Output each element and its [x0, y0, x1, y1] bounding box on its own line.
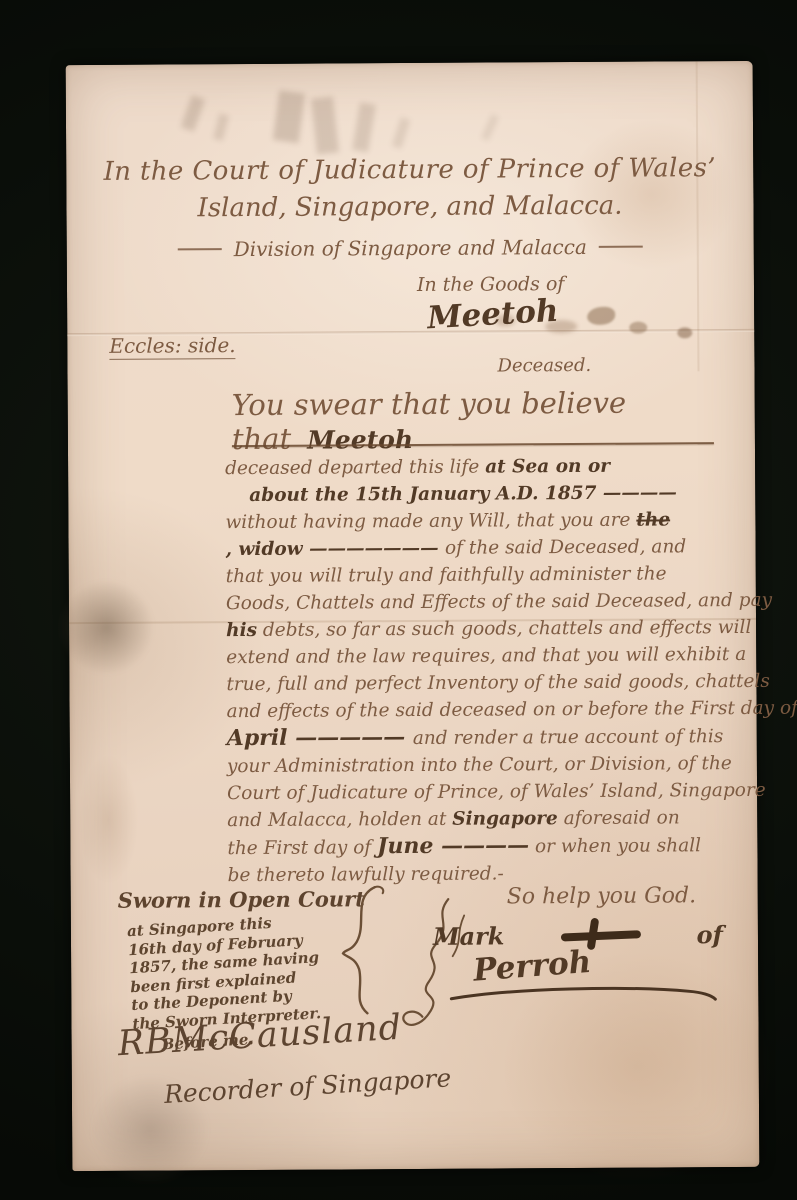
division-line: Division of Singapore and Malacca: [67, 234, 754, 262]
paper-sheet: In the Court of Judicature of Prince of …: [66, 61, 760, 1171]
division-dash-right: [599, 245, 643, 247]
fill-text-segment: his: [226, 620, 257, 641]
form-text-segment: true, full and perfect Inventory of the …: [226, 671, 770, 695]
recorder-title: Recorder of Singapore: [163, 1063, 452, 1109]
oath-body-line: your Administration into the Court, or D…: [227, 750, 732, 780]
photo-background: In the Court of Judicature of Prince of …: [0, 0, 797, 1200]
fill-text-segment-struck: the: [636, 509, 670, 530]
bleedthrough-smudge: [273, 90, 305, 143]
court-title-line2: Island, Singapore, and Malacca.: [66, 190, 753, 224]
division-dash-left: [178, 248, 222, 250]
fill-text-segment: at Sea on or: [485, 456, 610, 478]
oath-body-line: that you will truly and faithfully admin…: [226, 560, 731, 590]
form-text-segment: Court of Judicature of Prince, of Wales’…: [227, 780, 766, 804]
form-text-segment: Goods, Chattels and Effects of the said …: [226, 590, 772, 614]
stain-mid-left: [78, 755, 139, 885]
fill-text-segment: Singapore: [452, 808, 558, 830]
oath-body-line: Court of Judicature of Prince, of Wales’…: [227, 777, 732, 807]
form-text-segment: and render a true account of this: [413, 726, 724, 749]
bleedthrough-smudge: [481, 114, 499, 141]
bleedthrough-smudge: [213, 113, 229, 141]
oath-body-line: extend and the law requires, and that yo…: [226, 641, 731, 671]
form-text-segment: debts, so far as such goods, chattels an…: [257, 617, 751, 641]
oath-body-line: without having made any Will, that you a…: [225, 506, 730, 536]
division-label: Division of Singapore and Malacca: [234, 235, 587, 261]
fill-text-segment: about the 15th January A.D. 1857 ————: [249, 482, 677, 506]
form-text-segment: the First day of: [227, 837, 377, 859]
form-text-segment: of the said Deceased, and: [445, 536, 686, 558]
oath-body: deceased departed this life at Sea on or…: [225, 452, 733, 889]
oath-body-line: and effects of the said deceased on or b…: [226, 695, 731, 725]
cross-horizontal-stroke: [560, 930, 640, 941]
mark-label: Mark: [433, 921, 505, 950]
deceased-label: Deceased.: [497, 355, 591, 377]
margin-note: Eccles: side.: [109, 333, 235, 360]
oath-body-line: true, full and perfect Inventory of the …: [226, 668, 731, 698]
form-text-segment: aforesaid on: [558, 807, 680, 829]
stain-crease-dot: [677, 327, 692, 338]
oath-body-line: the First day of June ———— or when you s…: [227, 831, 732, 862]
bleedthrough-smudge: [352, 102, 376, 152]
form-text-segment: without having made any Will, that you a…: [225, 510, 636, 534]
bleedthrough-smudge: [311, 96, 339, 154]
oath-body-line: and Malacca, holden at Singapore aforesa…: [227, 804, 732, 834]
form-text-segment: and Malacca, holden at: [227, 809, 452, 831]
stain-crease-dot: [587, 307, 615, 325]
form-text-segment: that you will truly and faithfully admin…: [226, 563, 667, 587]
stain-crease-dot: [629, 322, 647, 334]
court-title-line1: In the Court of Judicature of Prince of …: [66, 153, 753, 187]
bleedthrough-smudge: [181, 95, 206, 132]
oath-body-line: April ————— and render a true account of…: [227, 722, 732, 753]
oath-body-line: deceased departed this life at Sea on or: [225, 452, 730, 482]
stain-left-edge: [59, 580, 155, 676]
deponent-name: Perroh: [472, 944, 592, 989]
oath-body-line: about the 15th January A.D. 1857 ————: [225, 479, 730, 509]
form-text-segment: deceased departed this life: [225, 457, 485, 480]
so-help-text: So help you God.: [507, 883, 696, 909]
mark-of-label: of: [697, 920, 724, 949]
form-text-segment: your Administration into the Court, or D…: [227, 753, 732, 777]
oath-body-line: his debts, so far as such goods, chattel…: [226, 614, 731, 644]
oath-deceased-name: Meetoh: [307, 425, 413, 455]
fill-text-segment: , widow ———————: [226, 538, 446, 560]
fill-text-segment: April —————: [227, 724, 413, 751]
form-text-segment: and effects of the said deceased on or b…: [227, 698, 797, 722]
deponent-underline: [449, 983, 717, 1005]
form-text-segment: or when you shall: [529, 835, 701, 857]
fill-text-segment: June ————: [377, 832, 529, 859]
form-text-segment: extend and the law requires, and that yo…: [226, 644, 746, 668]
deceased-name: Meetoh: [426, 293, 559, 337]
oath-body-line: , widow ——————— of the said Deceased, an…: [226, 533, 731, 563]
bleedthrough-smudge: [392, 117, 411, 149]
oath-body-line: Goods, Chattels and Effects of the said …: [226, 587, 731, 617]
